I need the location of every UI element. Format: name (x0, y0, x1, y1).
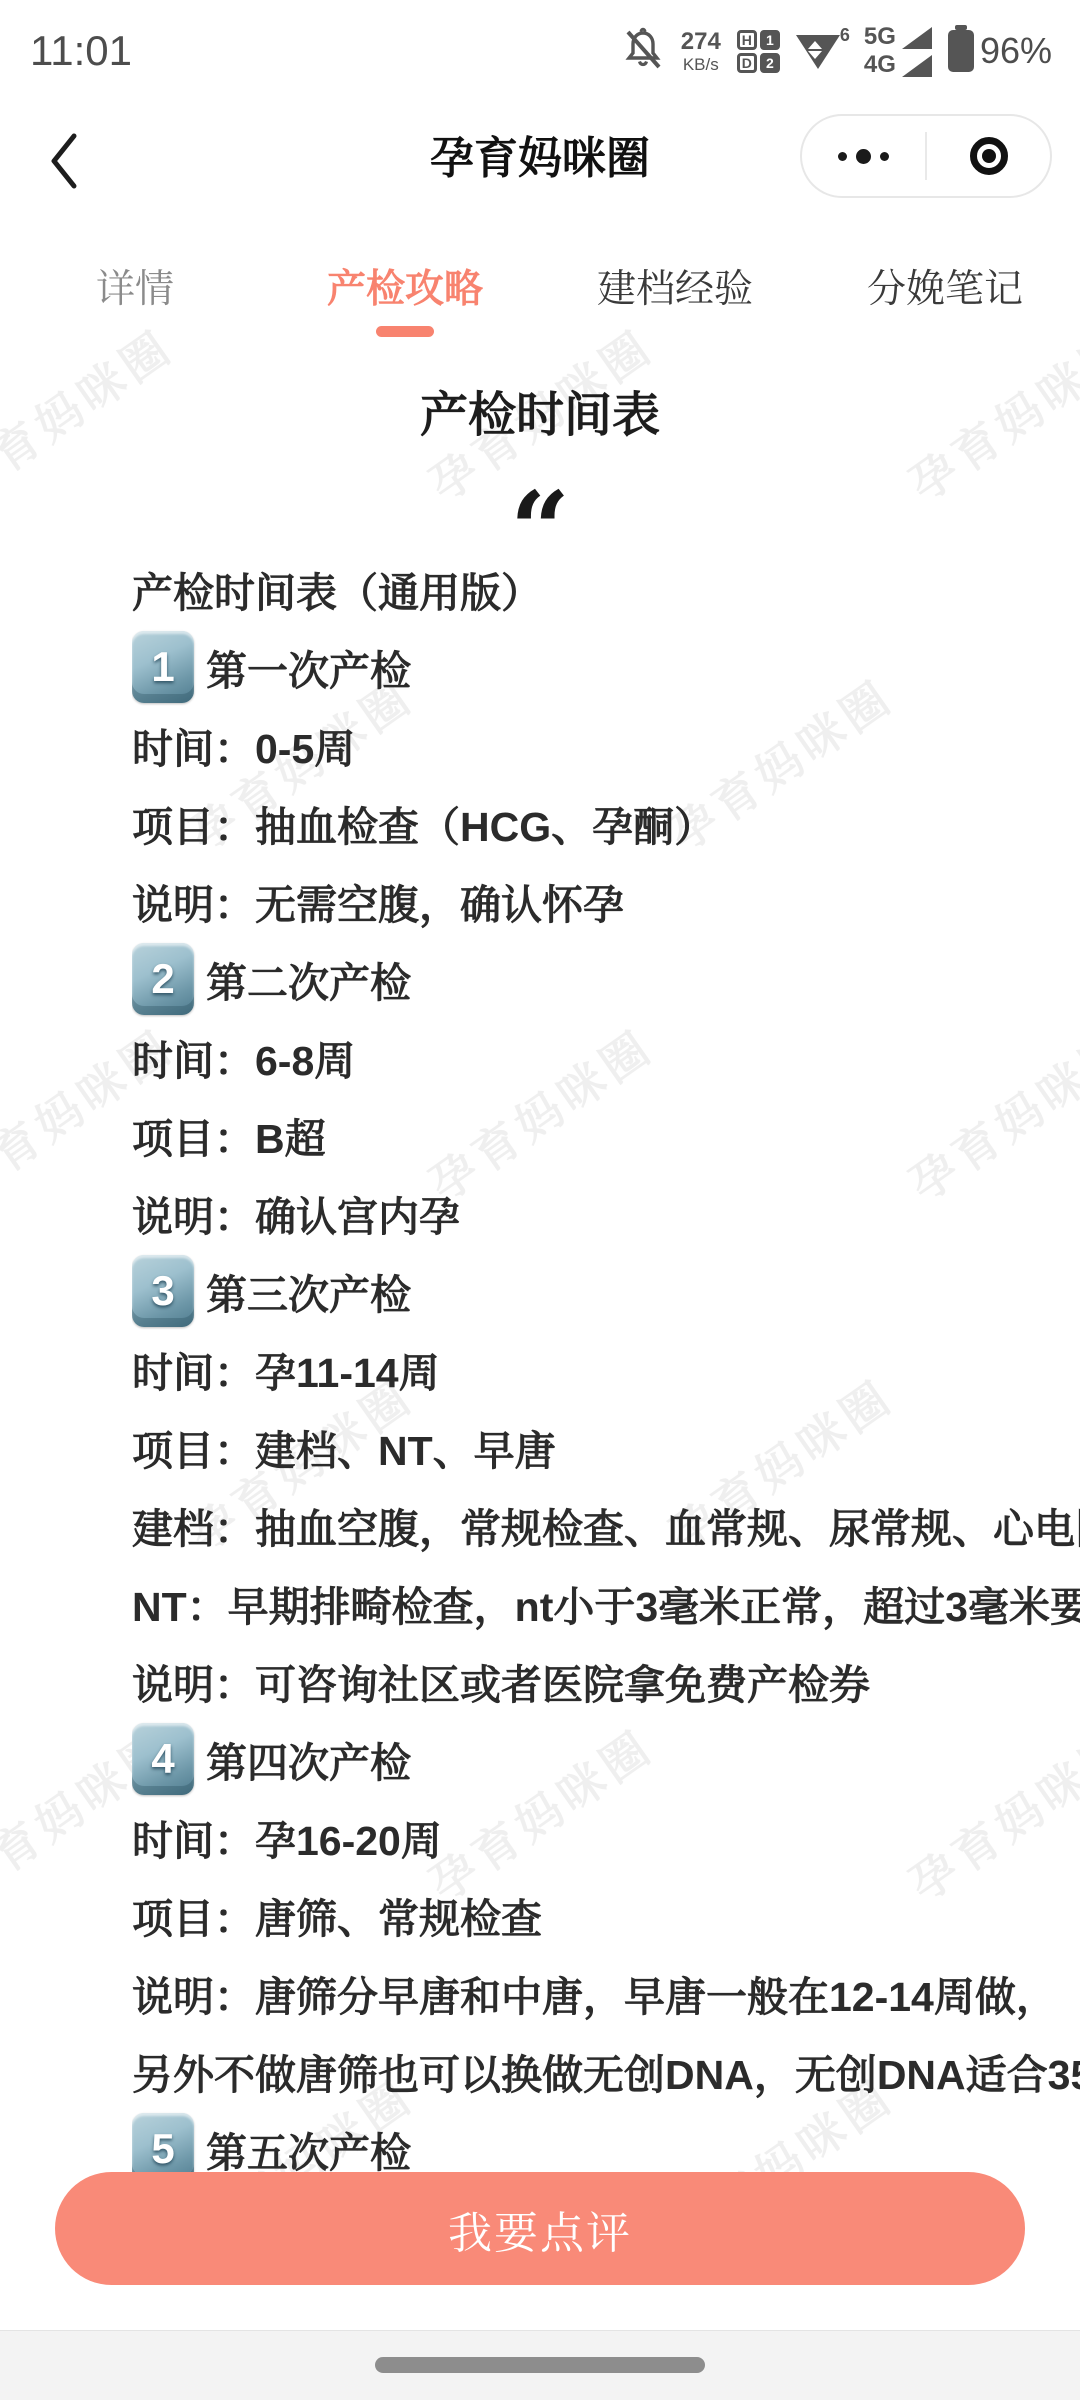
active-tab-underline (376, 326, 434, 337)
article-line: 产检时间表（通用版） (132, 550, 1080, 628)
article-title: 产检时间表 (0, 380, 1080, 452)
tab-details[interactable]: 详情 (0, 230, 270, 364)
article-line: 说明：确认宫内孕 (132, 1174, 1080, 1252)
article-line: 另外不做唐筛也可以换做无创DNA，无创DNA适合35 (132, 2032, 1080, 2110)
article-line: 项目：B超 (132, 1096, 1080, 1174)
article-line: 1第一次产检 (132, 628, 1080, 706)
article-line-text: 项目：抽血检查（HCG、孕酮） (132, 794, 715, 853)
close-home-button[interactable] (927, 116, 1050, 196)
tab-prenatal-guide[interactable]: 产检攻略 (270, 230, 540, 364)
status-icons: 274 KB/s H 1 D 2 6 5G 4G (621, 25, 1052, 77)
nav-bar: 孕育妈咪圈 (0, 92, 1080, 230)
system-navigation-area (0, 2330, 1080, 2400)
miniprogram-capsule (800, 114, 1052, 198)
app-screen: 孕育妈咪圈孕育妈咪圈孕育妈咪圈孕育妈咪圈孕育妈咪圈孕育妈咪圈孕育妈咪圈孕育妈咪圈… (0, 0, 1080, 2400)
battery-percent: 96% (980, 30, 1052, 72)
article-line-text: 项目：唐筛、常规检查 (132, 1886, 542, 1945)
article-line: 说明：可咨询社区或者医院拿免费产检券 (132, 1642, 1080, 1720)
article-line: 说明：无需空腹，确认怀孕 (132, 862, 1080, 940)
keycap-number-badge: 2 (132, 943, 194, 1015)
keycap-number-badge: 4 (132, 1723, 194, 1795)
article-line: 2第二次产检 (132, 940, 1080, 1018)
article-line: 建档：抽血空腹，常规检查、血常规、尿常规、心电图 (132, 1486, 1080, 1564)
article-line-text: 项目：建档、NT、早唐 (132, 1418, 556, 1477)
article-body: 产检时间表（通用版）1第一次产检时间：0-5周项目：抽血检查（HCG、孕酮）说明… (0, 550, 1080, 2188)
mute-bell-icon (621, 27, 665, 76)
article-line: 项目：唐筛、常规检查 (132, 1876, 1080, 1954)
article-line-text: 说明：唐筛分早唐和中唐，早唐一般在12-14周做， (132, 1964, 1057, 2023)
article-line-text: 时间：孕11-14周 (132, 1340, 440, 1399)
article-line-text: 说明：可咨询社区或者医院拿免费产检券 (132, 1652, 870, 1711)
article-line: NT：早期排畸检查，nt小于3毫米正常，超过3毫米要 (132, 1564, 1080, 1642)
tab-bar: 详情 产检攻略 建档经验 分娩笔记 (0, 230, 1080, 364)
article-line-text: 第一次产检 (206, 638, 411, 697)
article-line-text: NT：早期排畸检查，nt小于3毫米正常，超过3毫米要 (132, 1574, 1080, 1633)
keycap-number-badge: 3 (132, 1255, 194, 1327)
wifi-icon: 6 (796, 29, 848, 73)
article-line-text: 建档：抽血空腹，常规检查、血常规、尿常规、心电图 (132, 1496, 1080, 1555)
tab-delivery-notes[interactable]: 分娩笔记 (810, 230, 1080, 364)
article-line: 说明：唐筛分早唐和中唐，早唐一般在12-14周做， (132, 1954, 1080, 2032)
volte-hd-icon: H 1 D 2 (737, 30, 780, 73)
article-line-text: 另外不做唐筛也可以换做无创DNA，无创DNA适合35 (132, 2042, 1080, 2101)
article-line-text: 说明：无需空腹，确认怀孕 (132, 872, 624, 931)
article-line: 时间：0-5周 (132, 706, 1080, 784)
article-line-text: 项目：B超 (132, 1106, 326, 1165)
article-line-text: 说明：确认宫内孕 (132, 1184, 460, 1243)
article-line-text: 第五次产检 (206, 2120, 411, 2179)
clock: 11:01 (30, 27, 132, 75)
article-line: 时间：孕11-14周 (132, 1330, 1080, 1408)
cellular-signal-icon: 5G 4G (864, 25, 932, 77)
review-button[interactable]: 我要点评 (55, 2172, 1025, 2285)
article-line: 时间：孕16-20周 (132, 1798, 1080, 1876)
article-line-text: 时间：6-8周 (132, 1028, 355, 1087)
article-line: 项目：抽血检查（HCG、孕酮） (132, 784, 1080, 862)
review-button-label: 我要点评 (448, 2197, 632, 2261)
article-line-text: 时间：孕16-20周 (132, 1808, 442, 1867)
article-line-text: 第二次产检 (206, 950, 411, 1009)
article-content: 产检时间表 “ 产检时间表（通用版）1第一次产检时间：0-5周项目：抽血检查（H… (0, 380, 1080, 2188)
keycap-number-badge: 1 (132, 631, 194, 703)
article-line-text: 时间：0-5周 (132, 716, 355, 775)
article-line-text: 第三次产检 (206, 1262, 411, 1321)
article-line: 项目：建档、NT、早唐 (132, 1408, 1080, 1486)
battery-icon: 96% (948, 30, 1052, 72)
more-button[interactable] (802, 116, 925, 196)
article-line-text: 产检时间表（通用版） (132, 560, 542, 619)
tab-filing-experience[interactable]: 建档经验 (540, 230, 810, 364)
quote-mark: “ (0, 470, 1080, 542)
article-line: 时间：6-8周 (132, 1018, 1080, 1096)
ellipsis-icon (838, 149, 889, 164)
network-speed-indicator: 274 KB/s (681, 30, 721, 73)
article-line: 4第四次产检 (132, 1720, 1080, 1798)
article-line: 3第三次产检 (132, 1252, 1080, 1330)
status-bar: 11:01 274 KB/s H 1 D 2 (0, 0, 1080, 92)
article-line-text: 第四次产检 (206, 1730, 411, 1789)
target-circle-icon (970, 137, 1008, 175)
home-indicator[interactable] (375, 2357, 705, 2373)
